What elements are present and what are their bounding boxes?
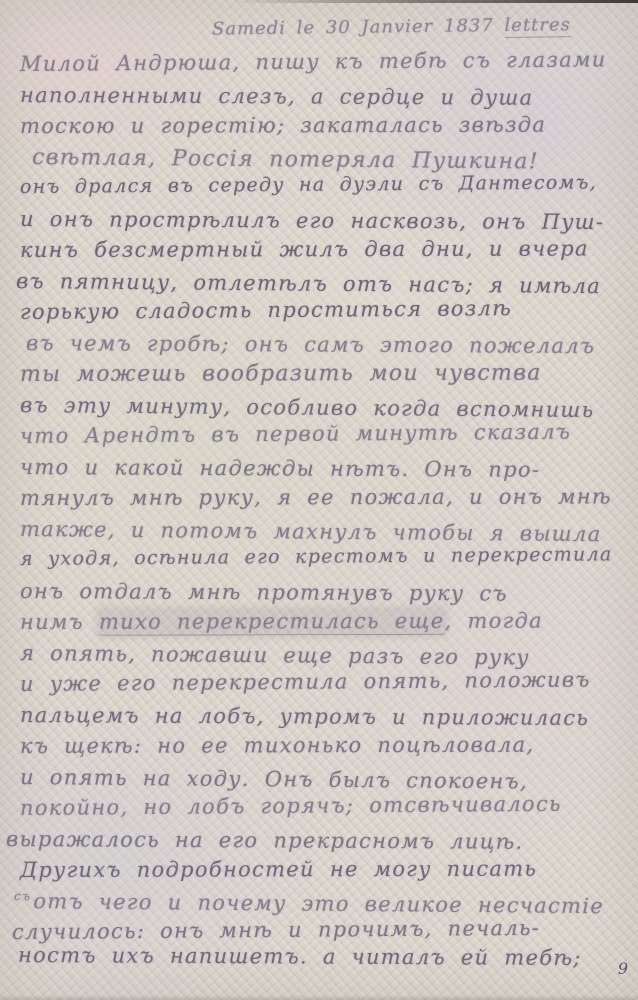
line-text: горькую сладость проститься возлѣ (20, 296, 512, 324)
line-text: въ чемъ гробѣ; онъ самъ этого пожелалъ (26, 331, 595, 358)
line-text: я опять, пожавши еще разъ его руку (20, 641, 530, 669)
line-text: случилось: онъ мнѣ и прочимъ, печаль- (12, 916, 540, 944)
handwritten-line: Милой Андрюша, пишу къ тебѣ съ глазами (20, 47, 638, 83)
line-text: онъ дрался въ середу на дуэли съ Дантесо… (20, 171, 597, 198)
handwritten-line-underlined: нимъ тихо перекрестилась еще, тогда (20, 608, 638, 641)
line-text: и уже его перекрестила опять, положивъ (20, 668, 591, 696)
line-text: свѣтлая, Россія потеряла Пушкина! (32, 145, 539, 174)
handwritten-line: покойно, но лобъ горячъ; отсвѣчивалось (20, 791, 638, 827)
line-text: нимъ (20, 610, 99, 634)
handwritten-line: тянулъ мнѣ руку, я ее пожала, и онъ мнѣ (20, 484, 638, 517)
letter-heading: Samedi le 30 Janvier 1837 lettres (212, 13, 632, 48)
heading-underlined-word: lettres (504, 14, 571, 38)
line-text: Другихъ подробностей не могу писать (20, 857, 537, 882)
handwritten-line: горькую сладость проститься возлѣ (20, 295, 638, 331)
line-text: , тогда (444, 609, 543, 633)
line-text: что Арендтъ въ первой минутѣ сказалъ (20, 420, 571, 448)
handwritten-line: кинъ безсмертный жилъ два дни, и вчера (20, 236, 638, 269)
line-text: тоскою и горестію; закаталась звѣзда (20, 113, 546, 138)
line-text: выражалось на его прекрасномъ лицѣ. (6, 827, 524, 854)
heading-date-text: Samedi le 30 Janvier 1837 (212, 15, 494, 39)
line-text: и онъ прострѣлилъ его насквозь, онъ Пуш- (20, 207, 604, 234)
letter-page: Samedi le 30 Janvier 1837 lettres Милой … (0, 0, 638, 1000)
handwritten-line: къ щекѣ: но ее тихонько поцѣловала, (20, 732, 638, 765)
line-text: я уходя, осѣнила его крестомъ и перекрес… (20, 543, 613, 570)
line-text: къ щекѣ: но ее тихонько поцѣловала, (20, 733, 534, 758)
line-text: и опять на ходу. Онъ былъ спокоенъ, (20, 765, 528, 793)
line-text: покойно, но лобъ горячъ; отсвѣчивалось (20, 792, 562, 820)
line-text: кинъ безсмертный жилъ два дни, и вчера (20, 237, 589, 262)
line-text: также, и потомъ махнулъ чтобы я вышла (20, 517, 602, 546)
line-text: наполненными слезъ, а сердце и душа (20, 83, 534, 110)
line-text: въ эту минуту, особливо когда вспомнишь (20, 393, 595, 422)
handwritten-line: ностъ ихъ напишетъ. а читалъ ей тебѣ; (18, 943, 638, 977)
handwritten-line: тоскою и горестію; закаталась звѣзда (20, 112, 638, 145)
letter-body: Милой Андрюша, пишу къ тебѣ съ глазами н… (0, 52, 638, 974)
line-text: тянулъ мнѣ руку, я ее пожала, и онъ мнѣ (20, 484, 612, 510)
interlinear-insertion: съ (14, 889, 31, 903)
line-text: что и какой надежды нѣтъ. Онъ про- (20, 455, 540, 482)
underlined-phrase: тихо перекрестилась еще (99, 609, 445, 636)
handwritten-line: онъ дрался въ середу на дуэли съ Дантесо… (20, 171, 638, 207)
scan-edge-shadow-top (230, 0, 638, 3)
scan-edge-shadow-bottom (0, 995, 638, 1000)
line-text: ностъ ихъ напишетъ. а читалъ ей тебѣ; (18, 943, 582, 970)
handwritten-line: и уже его перекрестила опять, положивъ (20, 667, 638, 703)
line-text: въ пятницу, отлетѣлъ отъ насъ; я имѣла (16, 269, 601, 298)
line-text: отъ чего и почему это великое несчастіе (33, 889, 604, 918)
handwritten-line: что Арендтъ въ первой минутѣ сказалъ (20, 419, 638, 455)
handwritten-line: Другихъ подробностей не могу писать (20, 856, 638, 889)
handwritten-line: я уходя, осѣнила его крестомъ и перекрес… (20, 543, 638, 579)
page-number-mark: 9 (618, 959, 628, 978)
line-text: пальцемъ на лобъ, утромъ и приложилась (20, 703, 589, 730)
line-text: онъ отдалъ мнѣ протянувъ руку съ (20, 579, 508, 606)
line-text: Милой Андрюша, пишу къ тебѣ съ глазами (20, 47, 607, 76)
handwritten-line: ты можешь вообразить мои чувства (20, 360, 638, 393)
line-text: ты можешь вообразить мои чувства (20, 361, 542, 387)
